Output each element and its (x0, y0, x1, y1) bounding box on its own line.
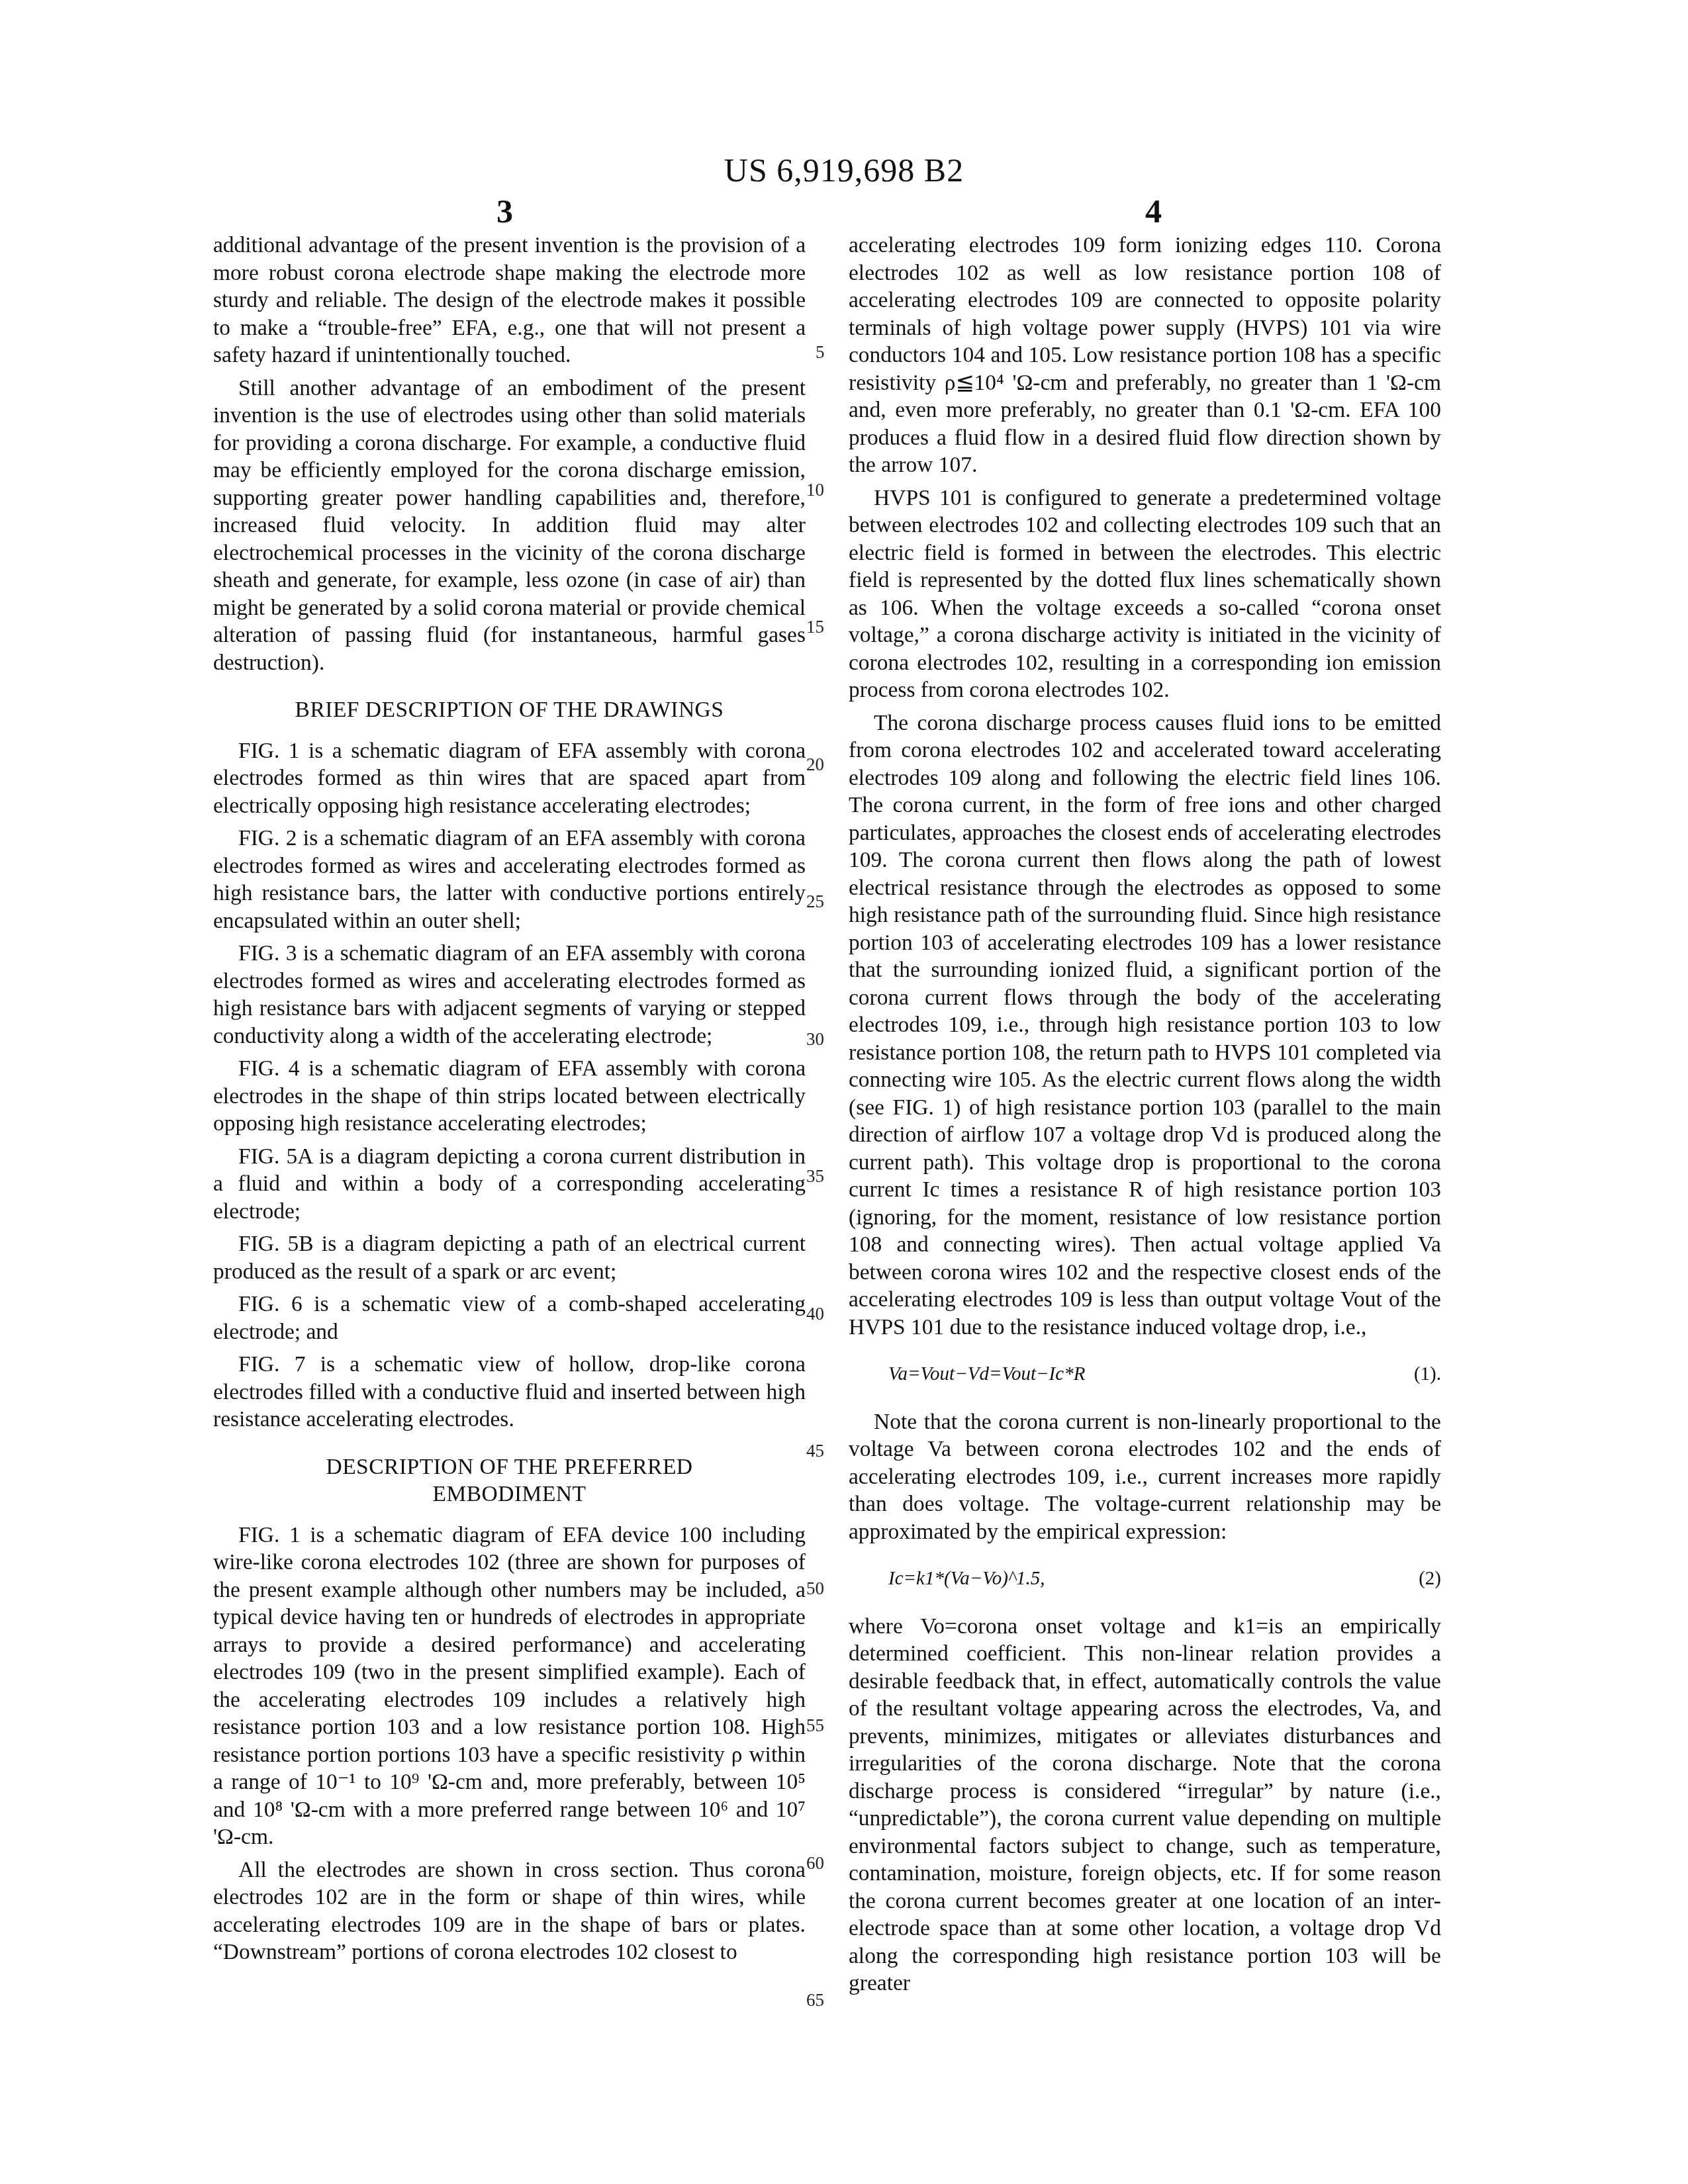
paragraph: HVPS 101 is configured to generate a pre… (849, 484, 1441, 704)
equation-2-body: Ic=k1*(Va−Vo)^1.5, (888, 1565, 1045, 1593)
line-number: 35 (806, 1166, 824, 1187)
paragraph: where Vo=corona onset voltage and k1=is … (849, 1613, 1441, 1997)
figure-description: FIG. 5A is a diagram depicting a corona … (213, 1143, 806, 1226)
paragraph: The corona discharge process causes flui… (849, 709, 1441, 1342)
section-heading-drawings: BRIEF DESCRIPTION OF THE DRAWINGS (213, 696, 806, 724)
right-column: accelerating electrodes 109 form ionizin… (849, 232, 1441, 2003)
line-number: 5 (816, 342, 825, 363)
section-heading-preferred-line2: EMBODIMENT (213, 1480, 806, 1508)
equation-1: Va=Vout−Vd=Vout−Ic*R (1). (849, 1361, 1441, 1388)
figure-description: FIG. 6 is a schematic view of a comb-sha… (213, 1291, 806, 1345)
line-number: 50 (806, 1578, 824, 1599)
line-number: 30 (806, 1029, 824, 1050)
line-number: 55 (806, 1715, 824, 1736)
patent-number: US 6,919,698 B2 (0, 151, 1688, 189)
paragraph: Note that the corona current is non-line… (849, 1408, 1441, 1546)
column-number-left: 3 (496, 192, 513, 230)
figure-description: FIG. 7 is a schematic view of hollow, dr… (213, 1351, 806, 1433)
line-number: 60 (806, 1853, 824, 1874)
line-number: 40 (806, 1304, 824, 1324)
paragraph: accelerating electrodes 109 form ionizin… (849, 232, 1441, 479)
equation-2: Ic=k1*(Va−Vo)^1.5, (2) (849, 1565, 1441, 1593)
line-number: 15 (806, 617, 824, 637)
equation-2-number: (2) (1419, 1565, 1441, 1593)
equation-1-body: Va=Vout−Vd=Vout−Ic*R (888, 1361, 1085, 1388)
paragraph: additional advantage of the present inve… (213, 232, 806, 369)
figure-description: FIG. 5B is a diagram depicting a path of… (213, 1230, 806, 1285)
line-number: 25 (806, 891, 824, 912)
paragraph: Still another advantage of an embodiment… (213, 375, 806, 677)
figure-description: FIG. 1 is a schematic diagram of EFA ass… (213, 737, 806, 820)
line-number: 10 (806, 480, 824, 500)
paragraph: FIG. 1 is a schematic diagram of EFA dev… (213, 1522, 806, 1851)
line-number: 20 (806, 754, 824, 775)
line-number: 65 (806, 1990, 824, 2011)
equation-1-number: (1). (1414, 1361, 1441, 1388)
paragraph: All the electrodes are shown in cross se… (213, 1856, 806, 1966)
section-heading-preferred: DESCRIPTION OF THE PREFERRED (213, 1453, 806, 1481)
figure-description: FIG. 4 is a schematic diagram of EFA ass… (213, 1055, 806, 1138)
figure-description: FIG. 2 is a schematic diagram of an EFA … (213, 825, 806, 934)
left-column: additional advantage of the present inve… (213, 232, 806, 1972)
column-number-right: 4 (1145, 192, 1162, 230)
line-number: 45 (806, 1441, 824, 1461)
figure-description: FIG. 3 is a schematic diagram of an EFA … (213, 940, 806, 1050)
